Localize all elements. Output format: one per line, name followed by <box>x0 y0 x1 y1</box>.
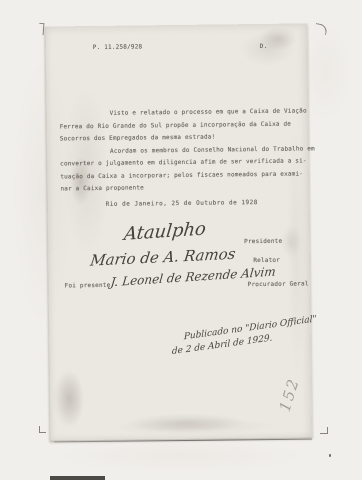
decision-text: Visto e relatado o processo em que a Cai… <box>59 106 292 196</box>
dateline: Rio de Janeiro, 25 de Outubro de 1928 <box>106 199 258 208</box>
document-page: P. 11.258/928 D. Visto e relatado o proc… <box>44 23 312 440</box>
procurador-title: Procurador Geral <box>248 280 309 288</box>
stain <box>105 409 265 437</box>
stain <box>46 356 92 442</box>
president-title: Presidente <box>244 238 282 245</box>
crop-mark-bottom-left <box>39 426 46 433</box>
text-line: nar a Caixa proponente <box>60 181 292 196</box>
relator-title: Relator <box>253 257 280 264</box>
process-number: P. 11.258/928 <box>93 43 143 51</box>
page-number-mark: 152 <box>276 375 303 413</box>
crop-mark-top-right <box>314 23 328 35</box>
president-signature: Ataulpho <box>123 218 207 244</box>
page-letter: D. <box>260 43 268 50</box>
dust-speck-icon <box>329 454 331 457</box>
photo-edge-bar <box>50 476 105 480</box>
stain <box>250 21 305 56</box>
crop-mark-bottom-right <box>320 427 328 434</box>
publication-note: Publicado no "Diario Official" de 2 de A… <box>172 313 317 359</box>
relator-signature: Mario de A. Ramos <box>89 245 236 270</box>
photograph-of-document: P. 11.258/928 D. Visto e relatado o proc… <box>0 0 362 480</box>
